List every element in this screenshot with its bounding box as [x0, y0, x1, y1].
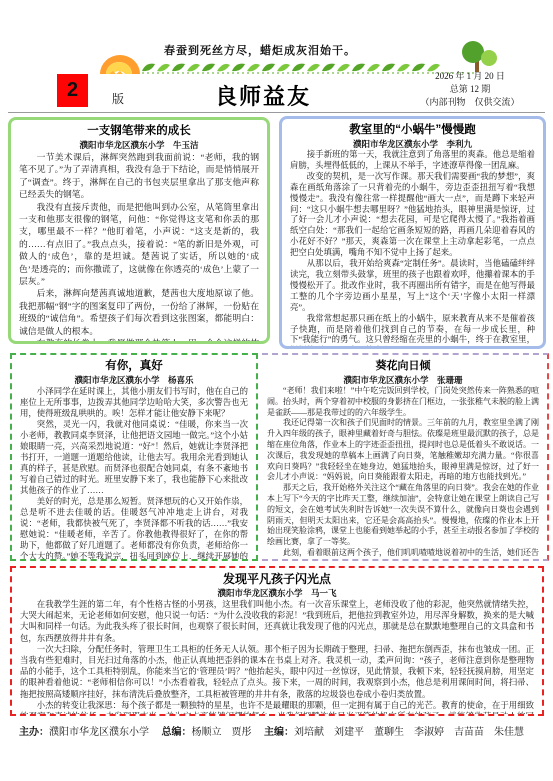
editor-label: 主编：	[264, 727, 294, 738]
article-title: 有你，真好	[20, 359, 248, 374]
article-sunflower: 葵花向日倾 濮阳市华龙区濮东小学 张珊珊 “老师！我们来啦！”中午吃完饭回到学校…	[262, 353, 549, 561]
article-title: 一支钢笔带来的成长	[19, 124, 259, 139]
article-paragraph: 突然，灵光一闪，我就对他同桌说：“佳暖，你来当一次小老师，教教同桌李贤泽，让他把…	[20, 419, 248, 496]
article-byline: 濮阳市华龙区濮东小学 张珊珊	[267, 374, 539, 386]
article-with-you: 有你，真好 濮阳市华龙区濮东小学 杨喜乐 小泽同学在延时课上，其他小朋友们书写时…	[10, 353, 258, 561]
article-paragraph: 一次大扫除，分配任务时，管理卫生工具柜的任务无人认领。那个柜子因为长期疏于整理，…	[20, 644, 534, 700]
issue-number: 总第 12 期	[400, 83, 540, 96]
article-title: 葵花向日倾	[267, 359, 539, 374]
article-paragraph: 小杰的转变让我深思：每个孩子都是一颗独特的星星，也许不是最耀眼的那颗，但一定拥有…	[20, 700, 534, 716]
page-edition-label: 版	[112, 90, 124, 107]
editor-value: 刘培献 刘建平 董聊生 李淑婷 吉苗苗 朱佳慧	[294, 727, 524, 738]
tree-icon	[458, 40, 506, 74]
sun-arc-icon	[97, 52, 143, 76]
article-paragraph: 一节美术课后，淋辉突然跑到我面前说：“老师，我的钢笔不见了。”为了弄清真相，我没…	[19, 151, 259, 201]
article-paragraph: 我还记得第一次和孩子们见面时的情景。三年前的九月，教室里坐满了刚升入四年级的孩子…	[267, 418, 539, 483]
masthead-motto: 春蚕到死丝方尽，蜡炬成灰泪始干。	[120, 42, 400, 58]
article-paragraph: 改变的契机，是一次写作课。那天我们需要画“我的梦想”，爽森在画纸角落涂了一只背着…	[290, 172, 535, 259]
article-paragraph: 美好的时光，总是那么短暂。贤泽想玩的心又开始作祟，总是听不进去佳暖的话。佳暖怒气…	[20, 496, 248, 561]
footer-credits: 主办：濮阳市华龙区濮东小学 总编：杨顺立 贾彤 主编：刘培献 刘建平 董聊生 李…	[0, 723, 553, 738]
article-paragraph: 在教育的长卷上，我愿做那个执笔人，用一个个这样的故事，在孩子们心里刻下“诚信”的…	[19, 337, 259, 344]
article-byline: 濮阳市华龙区濮东小学 杨喜乐	[20, 374, 248, 386]
organizer-value: 濮阳市华龙区濮东小学	[49, 727, 149, 738]
page-number-badge: 2	[57, 74, 88, 107]
article-byline: 濮阳市华龙区濮东小学 李利九	[290, 138, 535, 150]
article-paragraph: 那天之后，我开始格外关注这个“藏在角落里的向日葵”。我会在她的作业本上写下“今天…	[267, 483, 539, 548]
issue-note: （内部刊物 仅供交流）	[400, 96, 540, 109]
article-title: 发现平凡孩子闪光点	[20, 572, 534, 587]
masthead-title: 良师益友	[183, 80, 343, 111]
article-byline: 濮阳市华龙区濮东小学 马一飞	[20, 587, 534, 599]
article-paragraph: 小泽同学在延时课上，其他小朋友们书写时，他在自己的座位上无所事事，边拨弄其他同学…	[20, 386, 248, 419]
article-paragraph: 此刻，看着眼前这两个孩子，他们叽叽喳喳地说着初中的生活，她们还告诉我“初中老师也…	[267, 548, 539, 561]
organizer-label: 主办：	[19, 727, 49, 738]
article-paragraph: 我没有直接斥责他，而是把他叫到办公室，从笔筒里拿出一支和他那支很像的钢笔，问他：…	[19, 201, 259, 288]
chief-editor-label: 总编：	[162, 727, 192, 738]
article-paragraph: 后来，淋辉向楚茜真诚地道歉，楚茜也大度地原谅了他。我把那幅“钢”字的图案复印了两…	[19, 287, 259, 337]
header-divider	[8, 112, 545, 113]
article-title: 教室里的“小蜗牛”慢慢跑	[290, 123, 535, 138]
issue-date: 2026 年 1 月 20 日	[400, 70, 540, 83]
issue-info: 2026 年 1 月 20 日 总第 12 期 （内部刊物 仅供交流）	[400, 70, 540, 109]
article-paragraph: 从那以后，我开始给爽森“定制任务”。晨读时，当他磕磕绊绊读完，我立刻带头鼓掌，班…	[290, 259, 535, 314]
article-paragraph: 我常常想起那只画在纸上的小蜗牛，原来教育从来不是催着孩子快跑，而是陪着他们找到自…	[290, 314, 535, 349]
article-pen-growth: 一支钢笔带来的成长 濮阳市华龙区濮东小学 牛玉洁 一节美术课后，淋辉突然跑到我面…	[8, 117, 270, 344]
article-shining-point: 发现平凡孩子闪光点 濮阳市华龙区濮东小学 马一飞 在我教学生涯的第二年，有个性格…	[10, 566, 544, 716]
newsletter-page: 春蚕到死丝方尽，蜡炬成灰泪始干。 2 版 良师益友 2026 年 1 月 20 …	[0, 0, 553, 781]
chief-editor-value: 杨顺立 贾彤	[192, 727, 252, 738]
article-paragraph: “老师！我们来啦！”中午吃完饭回到学校，门岗处突然传来一阵熟悉的喧闹。抬头时，两…	[267, 386, 539, 418]
article-byline: 濮阳市华龙区濮东小学 牛玉洁	[19, 139, 259, 151]
article-little-snail: 教室里的“小蜗牛”慢慢跑 濮阳市华龙区濮东小学 李利九 接手新班的第一天，我就注…	[279, 116, 546, 349]
article-paragraph: 在我教学生涯的第二年，有个性格古怪的小男孩，这里我们叫他小杰。有一次音乐课堂上，…	[20, 599, 534, 644]
article-paragraph: 接手新班的第一天，我就注意到了角落里的爽森。他总是缩着肩膀，头埋得低低的，上课从…	[290, 150, 535, 172]
